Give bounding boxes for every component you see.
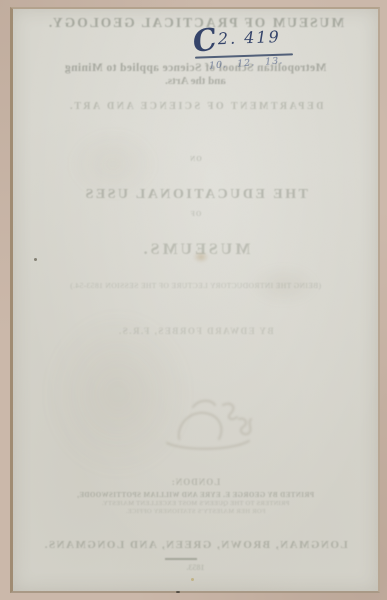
showthrough-lecture-note: (BEING THE INTRODUCTORY LECTURE OF THE S… <box>13 281 378 290</box>
handwritten-accession-number: 2. 419 <box>217 27 281 48</box>
showthrough-word-of: OF <box>13 210 378 218</box>
paper-stain <box>249 265 319 305</box>
showthrough-school-line-1: Metropolitan School of Science applied t… <box>13 62 378 74</box>
paper-stain <box>68 129 158 199</box>
showthrough-author-line: BY EDWARD FORBES, F.R.S. <box>13 326 378 336</box>
showthrough-publisher-line: LONGMAN, BROWN, GREEN, AND LONGMANS. <box>13 539 378 551</box>
showthrough-printer-line-2: PRINTERS TO THE QUEEN'S MOST EXCELLENT M… <box>13 500 378 507</box>
ink-speck <box>34 258 37 261</box>
paper-stain <box>193 251 209 263</box>
scan-mat: MUSEUM OF PRACTICAL GEOLOGY. Metropolita… <box>0 0 387 600</box>
showthrough-rule <box>165 558 197 560</box>
showthrough-title-line-1: THE EDUCATIONAL USES <box>13 187 378 203</box>
paper-grain-texture <box>13 9 378 591</box>
showthrough-printer-line-1: PRINTED BY GEORGE E. EYRE AND WILLIAM SP… <box>13 491 378 499</box>
showthrough-title-line-2: MUSEUMS. <box>13 241 378 259</box>
showthrough-word-on: ON <box>13 155 378 163</box>
showthrough-school-line-2: and the Arts. <box>13 75 378 87</box>
showthrough-printer-line-3: FOR HER MAJESTY'S STATIONERY OFFICE. <box>13 508 378 515</box>
handwritten-accession-letter: C <box>191 25 218 58</box>
ink-speck <box>176 591 180 593</box>
showthrough-department-line: DEPARTMENT OF SCIENCE AND ART. <box>13 101 378 112</box>
royal-arms-ghost-icon <box>153 383 273 461</box>
showthrough-london-line: LONDON: <box>13 477 378 487</box>
handwritten-accession: C2. 419 <box>193 23 314 57</box>
paper-stain <box>43 309 193 479</box>
showthrough-year: 1853. <box>13 563 378 572</box>
ink-speck <box>191 578 194 581</box>
scanned-page: MUSEUM OF PRACTICAL GEOLOGY. Metropolita… <box>10 7 380 593</box>
